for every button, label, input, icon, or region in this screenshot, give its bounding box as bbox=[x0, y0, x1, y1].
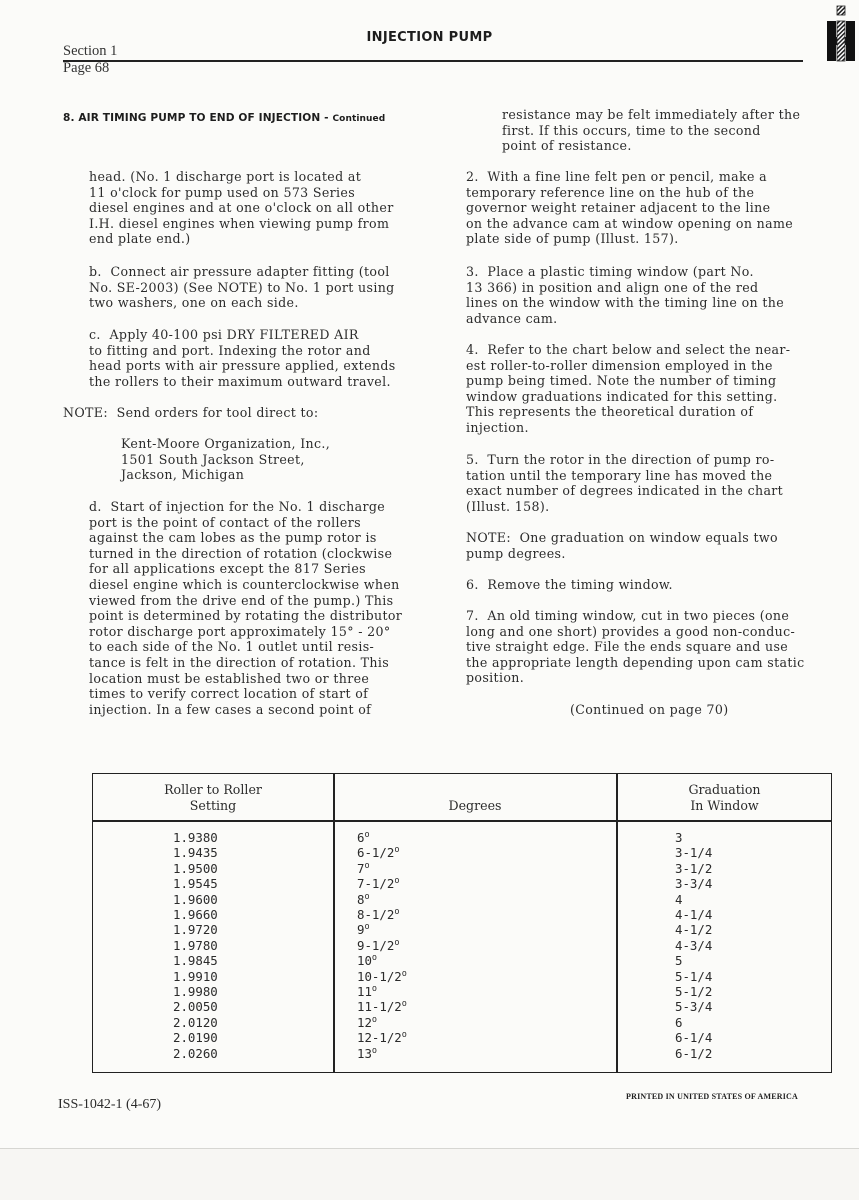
table-cell-setting: 1.9500 bbox=[173, 861, 218, 876]
paragraph-step-7: 7. An old timing window, cut in two piec… bbox=[466, 608, 805, 686]
column-divider bbox=[333, 774, 335, 1072]
table-cell-degrees: 7o bbox=[357, 861, 407, 876]
paragraph-step-2: 2. With a fine line felt pen or pencil, … bbox=[466, 169, 793, 247]
printed-in-note: PRINTED IN UNITED STATES OF AMERICA bbox=[626, 1092, 798, 1101]
section-heading: 8. AIR TIMING PUMP TO END OF INJECTION -… bbox=[63, 112, 385, 124]
section-heading-title: 8. AIR TIMING PUMP TO END OF INJECTION - bbox=[63, 112, 332, 124]
table-cell-graduation: 3-3/4 bbox=[675, 876, 712, 891]
column-setting: 1.93801.94351.95001.95451.96001.96601.97… bbox=[173, 830, 218, 1061]
table-cell-degrees: 7-1/2o bbox=[357, 876, 407, 891]
ih-logo-icon bbox=[826, 4, 856, 66]
table-cell-graduation: 4-3/4 bbox=[675, 938, 712, 953]
page-header-title: INJECTION PUMP bbox=[0, 30, 859, 45]
paragraph-step-5: 5. Turn the rotor in the direction of pu… bbox=[466, 452, 783, 514]
continued-on-note: (Continued on page 70) bbox=[570, 702, 729, 718]
table-cell-graduation: 6-1/2 bbox=[675, 1046, 712, 1061]
table-cell-degrees: 6-1/2o bbox=[357, 845, 407, 860]
table-cell-degrees: 12-1/2o bbox=[357, 1030, 407, 1045]
section-label: Section 1 bbox=[63, 43, 117, 60]
table-cell-setting: 1.9980 bbox=[173, 984, 218, 999]
table-cell-graduation: 4 bbox=[675, 892, 712, 907]
page-number: Page 68 bbox=[63, 60, 109, 77]
section-heading-continued: Continued bbox=[332, 114, 385, 124]
table-cell-graduation: 3-1/2 bbox=[675, 861, 712, 876]
table-cell-setting: 1.9660 bbox=[173, 907, 218, 922]
supplier-address: Kent-Moore Organization, Inc., 1501 Sout… bbox=[121, 436, 330, 483]
table-cell-degrees: 11o bbox=[357, 984, 407, 999]
table-cell-graduation: 6-1/4 bbox=[675, 1030, 712, 1045]
table-cell-setting: 2.0260 bbox=[173, 1046, 218, 1061]
table-cell-setting: 1.9600 bbox=[173, 892, 218, 907]
column-degrees: 6o6-1/2o7o7-1/2o8o8-1/2o9o9-1/2o10o10-1/… bbox=[357, 830, 407, 1061]
table-cell-degrees: 11-1/2o bbox=[357, 999, 407, 1014]
table-cell-setting: 2.0190 bbox=[173, 1030, 218, 1045]
table-cell-graduation: 3 bbox=[675, 830, 712, 845]
table-cell-setting: 2.0050 bbox=[173, 999, 218, 1014]
paragraph-step-b: b. Connect air pressure adapter fitting … bbox=[89, 264, 395, 311]
table-cell-setting: 1.9910 bbox=[173, 969, 218, 984]
table-cell-setting: 1.9845 bbox=[173, 953, 218, 968]
paragraph-step-3: 3. Place a plastic timing window (part N… bbox=[466, 264, 784, 326]
paragraph-intro: head. (No. 1 discharge port is located a… bbox=[89, 169, 394, 247]
header-divider bbox=[93, 820, 831, 822]
table-cell-graduation: 5 bbox=[675, 953, 712, 968]
table-cell-graduation: 5-3/4 bbox=[675, 999, 712, 1014]
table-cell-setting: 1.9380 bbox=[173, 830, 218, 845]
table-cell-setting: 1.9720 bbox=[173, 922, 218, 937]
column-divider bbox=[616, 774, 618, 1072]
note-tool-orders: NOTE: Send orders for tool direct to: bbox=[63, 405, 318, 421]
table-cell-graduation: 5-1/4 bbox=[675, 969, 712, 984]
column-graduation: 33-1/43-1/23-3/444-1/44-1/24-3/455-1/45-… bbox=[675, 830, 712, 1061]
header-degrees: Degrees bbox=[334, 798, 616, 814]
table-cell-graduation: 3-1/4 bbox=[675, 845, 712, 860]
document-page: INJECTION PUMP Section 1 Page 68 8. AIR … bbox=[0, 0, 859, 1149]
table-cell-degrees: 8o bbox=[357, 892, 407, 907]
header-graduation: Graduation In Window bbox=[618, 782, 831, 814]
paragraph-continued: resistance may be felt immediately after… bbox=[502, 107, 800, 154]
table-cell-degrees: 10o bbox=[357, 953, 407, 968]
timing-chart-table: Roller to Roller Setting Degrees Graduat… bbox=[92, 773, 832, 1073]
table-cell-degrees: 9o bbox=[357, 922, 407, 937]
table-cell-setting: 2.0120 bbox=[173, 1015, 218, 1030]
table-cell-graduation: 4-1/4 bbox=[675, 907, 712, 922]
paragraph-step-c: c. Apply 40-100 psi DRY FILTERED AIR to … bbox=[89, 327, 396, 389]
table-cell-degrees: 10-1/2o bbox=[357, 969, 407, 984]
table-cell-degrees: 12o bbox=[357, 1015, 407, 1030]
table-cell-degrees: 6o bbox=[357, 830, 407, 845]
note-graduation: NOTE: One graduation on window equals tw… bbox=[466, 530, 778, 561]
document-id: ISS-1042-1 (4-67) bbox=[58, 1097, 161, 1113]
paragraph-step-4: 4. Refer to the chart below and select t… bbox=[466, 342, 790, 436]
paragraph-step-d: d. Start of injection for the No. 1 disc… bbox=[89, 499, 402, 717]
table-cell-degrees: 13o bbox=[357, 1046, 407, 1061]
table-cell-graduation: 4-1/2 bbox=[675, 922, 712, 937]
paragraph-step-6: 6. Remove the timing window. bbox=[466, 577, 673, 593]
table-cell-graduation: 5-1/2 bbox=[675, 984, 712, 999]
table-cell-setting: 1.9780 bbox=[173, 938, 218, 953]
table-cell-degrees: 8-1/2o bbox=[357, 907, 407, 922]
table-cell-setting: 1.9545 bbox=[173, 876, 218, 891]
header-rule bbox=[63, 60, 803, 62]
header-setting: Roller to Roller Setting bbox=[93, 782, 333, 814]
table-cell-setting: 1.9435 bbox=[173, 845, 218, 860]
table-cell-graduation: 6 bbox=[675, 1015, 712, 1030]
table-cell-degrees: 9-1/2o bbox=[357, 938, 407, 953]
